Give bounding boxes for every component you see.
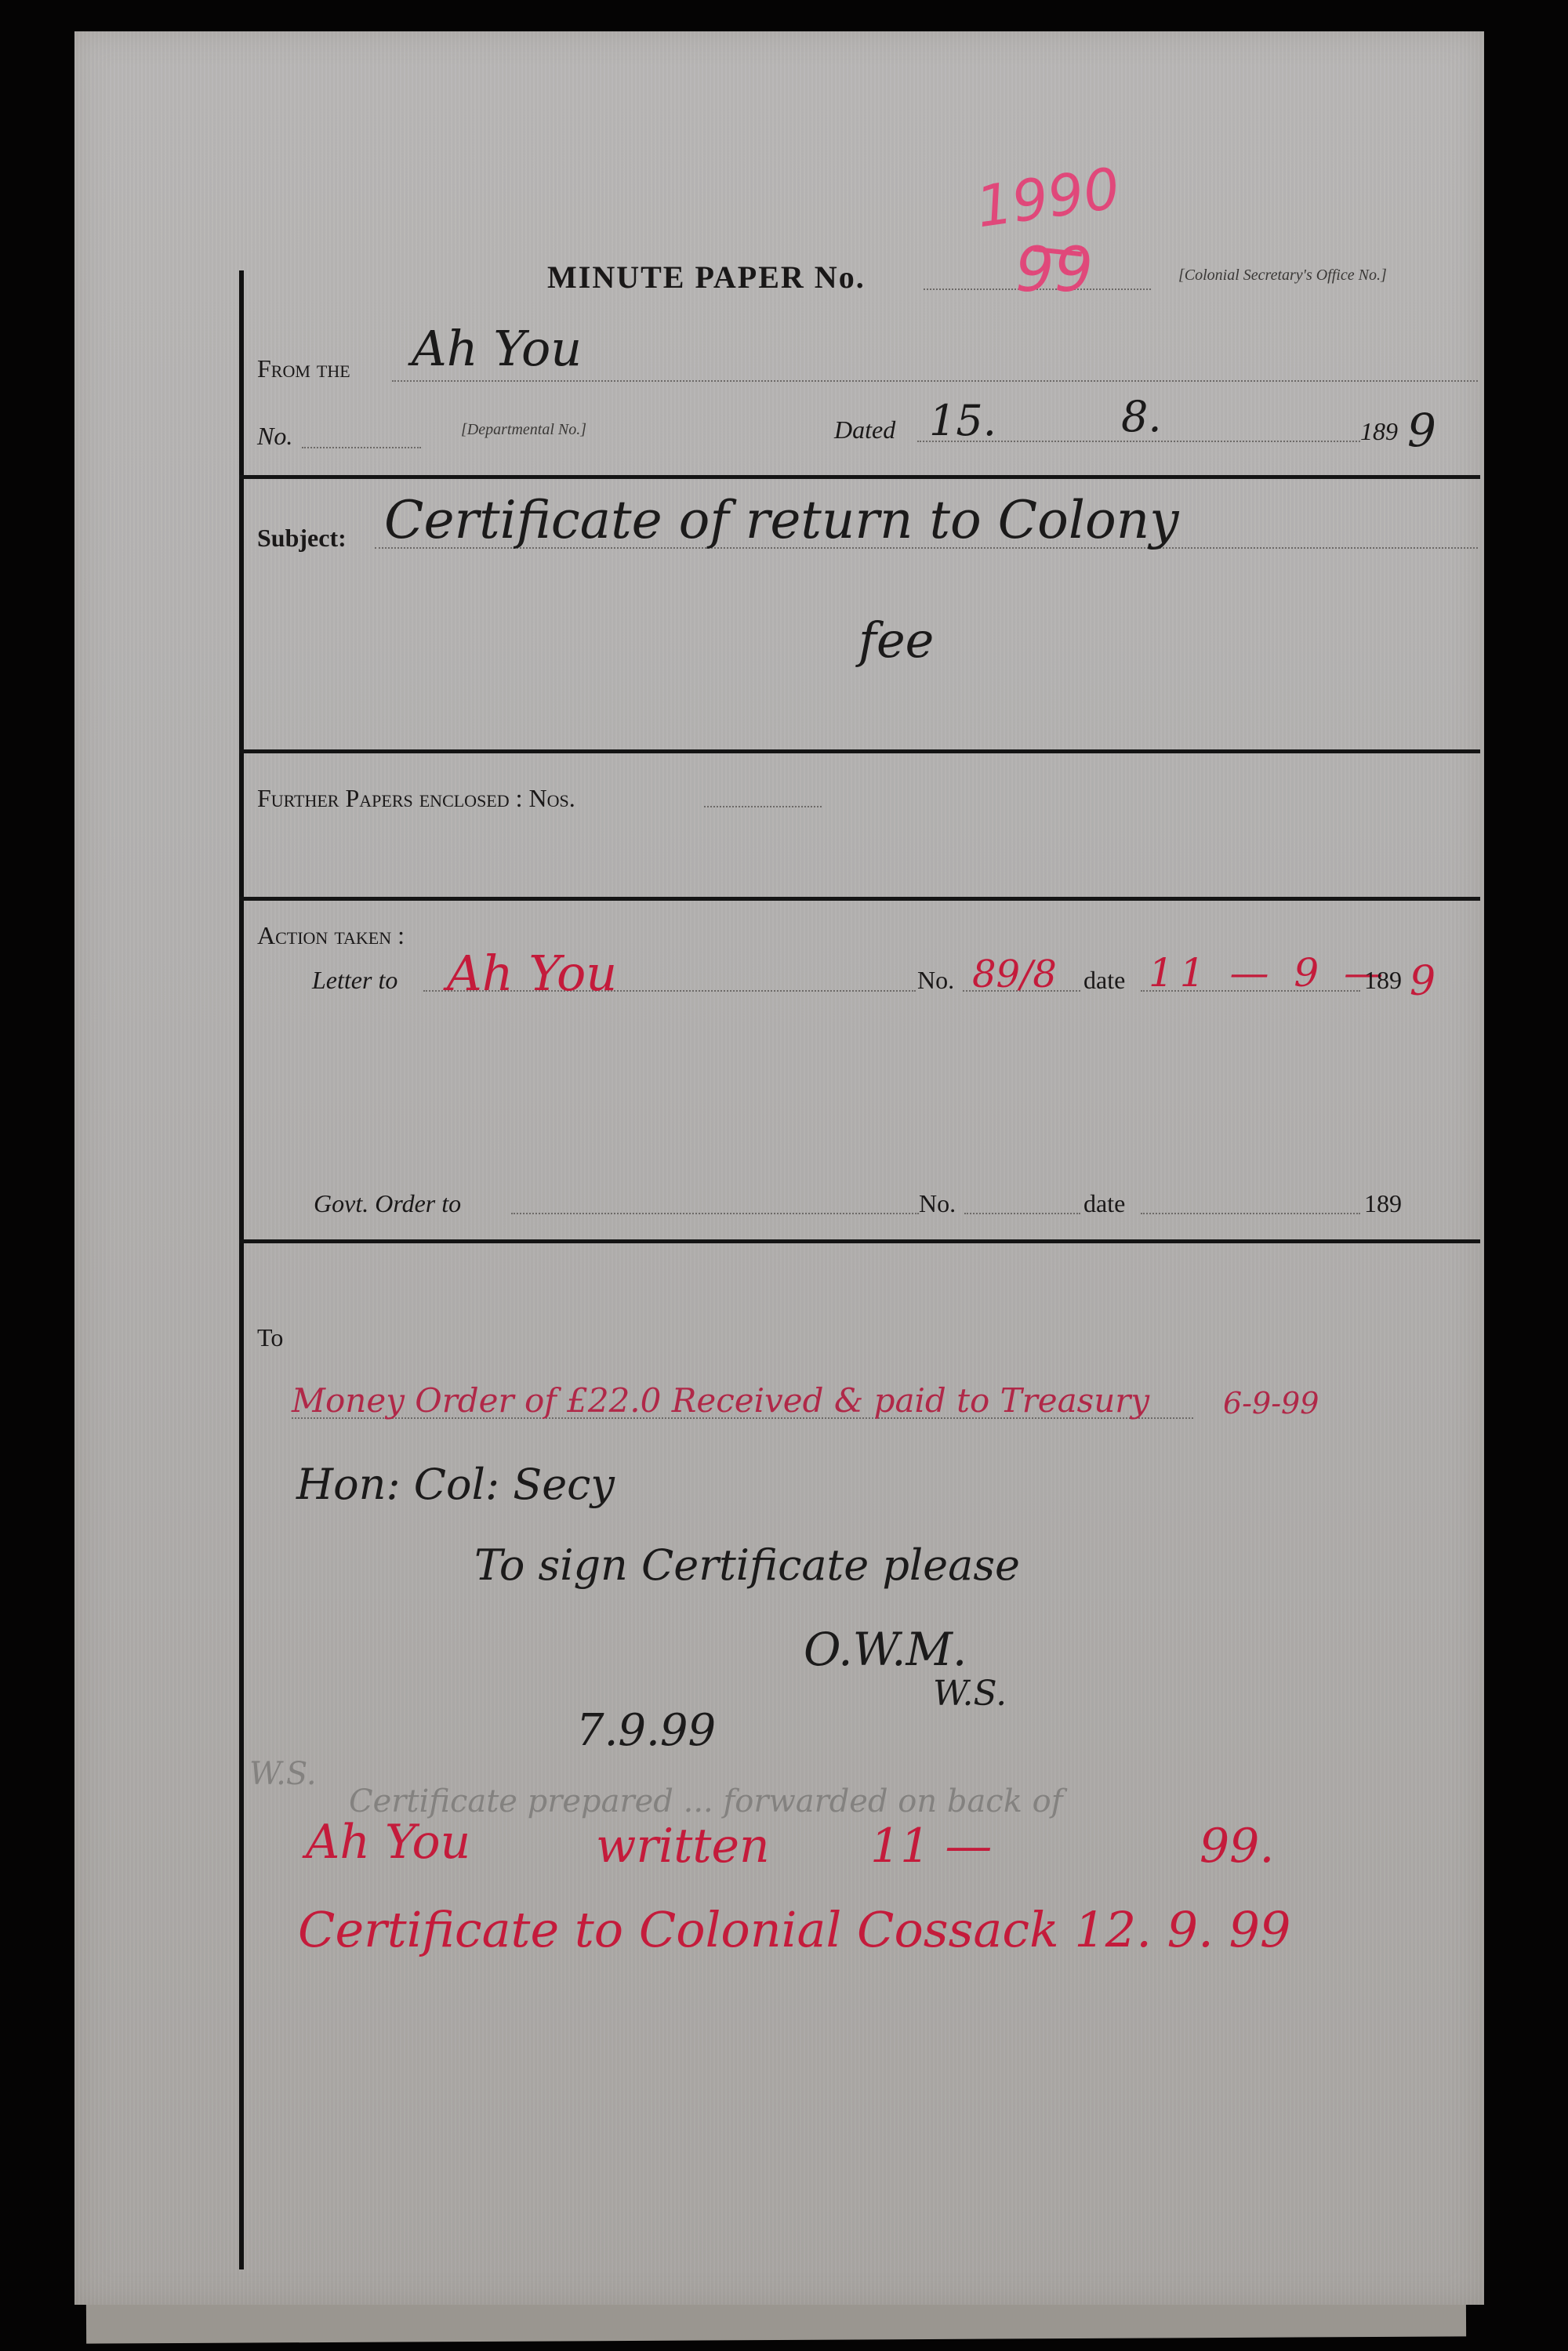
letter-year-suffix: 9 — [1410, 958, 1436, 1005]
further-papers-label: Further Papers enclosed : Nos. — [257, 784, 575, 813]
subject-line1: Certificate of return to Colony — [384, 490, 1179, 550]
govt-no-label: No. — [919, 1189, 956, 1218]
from-line[interactable] — [392, 380, 1478, 382]
govt-order-line[interactable] — [511, 1213, 919, 1214]
minute-number-bottom: 99 — [1015, 235, 1093, 306]
red-note-addressee: Ah You — [306, 1815, 470, 1870]
dept-no-note: [Departmental No.] — [461, 421, 586, 439]
to-label: To — [257, 1323, 283, 1352]
money-order-note: Money Order of £22.0 Received & paid to … — [292, 1381, 1149, 1420]
letter-date-value: 11 — 9 — — [1149, 950, 1389, 996]
page-title: MINUTE PAPER No. — [547, 259, 866, 296]
instruction: To sign Certificate please — [474, 1540, 1020, 1590]
red-note-date-year: 99. — [1200, 1819, 1274, 1874]
dept-no-line[interactable] — [302, 447, 421, 448]
pencil-margin-initials: W.S. — [249, 1756, 317, 1792]
office-number-note: [Colonial Secretary's Office No.] — [1178, 267, 1387, 285]
signature-initials: W.S. — [933, 1674, 1007, 1714]
divider-subject-further — [239, 749, 1480, 753]
money-order-date: 6-9-99 — [1223, 1386, 1319, 1420]
govt-year: 189 — [1364, 1189, 1402, 1218]
signature: O.W.M. — [804, 1623, 967, 1676]
action-taken-label: Action taken : — [257, 921, 405, 950]
letter-no-label: No. — [917, 966, 954, 995]
subject-line2: fee — [858, 611, 934, 669]
letter-to-label: Letter to — [312, 966, 397, 995]
dated-year-prefix: 189 — [1360, 417, 1398, 446]
govt-date-label: date — [1083, 1189, 1125, 1218]
govt-order-label: Govt. Order to — [314, 1189, 461, 1218]
addressee: Hon: Col: Secy — [296, 1460, 615, 1509]
divider-further-action — [239, 897, 1480, 901]
letter-no-value: 89/8 — [972, 952, 1057, 996]
divider-action-to — [239, 1239, 1480, 1243]
from-value: Ah You — [412, 320, 582, 377]
dated-month: 8. — [1121, 392, 1162, 441]
dept-no-label: No. — [257, 422, 292, 451]
subject-label: Subject: — [257, 524, 347, 553]
govt-date-line[interactable] — [1141, 1213, 1360, 1214]
dated-year-suffix: 9 — [1407, 404, 1436, 457]
divider-from-subject — [239, 475, 1480, 479]
letter-to-value: Ah You — [447, 945, 617, 1002]
letter-date-label: date — [1083, 966, 1125, 995]
from-label: From the — [257, 354, 350, 383]
dated-day: 15. — [929, 396, 996, 445]
further-papers-line[interactable] — [704, 806, 822, 807]
left-margin-rule — [239, 270, 244, 2269]
dated-label: Dated — [834, 415, 895, 444]
instruction-date: 7.9.99 — [576, 1705, 716, 1756]
red-note-date-day: 11 — — [870, 1819, 992, 1874]
govt-no-line[interactable] — [964, 1213, 1080, 1214]
red-note-certificate: Certificate to Colonial Cossack 12. 9. 9… — [298, 1901, 1290, 1958]
letter-year-prefix: 189 — [1364, 966, 1402, 995]
red-note-written: written — [596, 1819, 770, 1874]
